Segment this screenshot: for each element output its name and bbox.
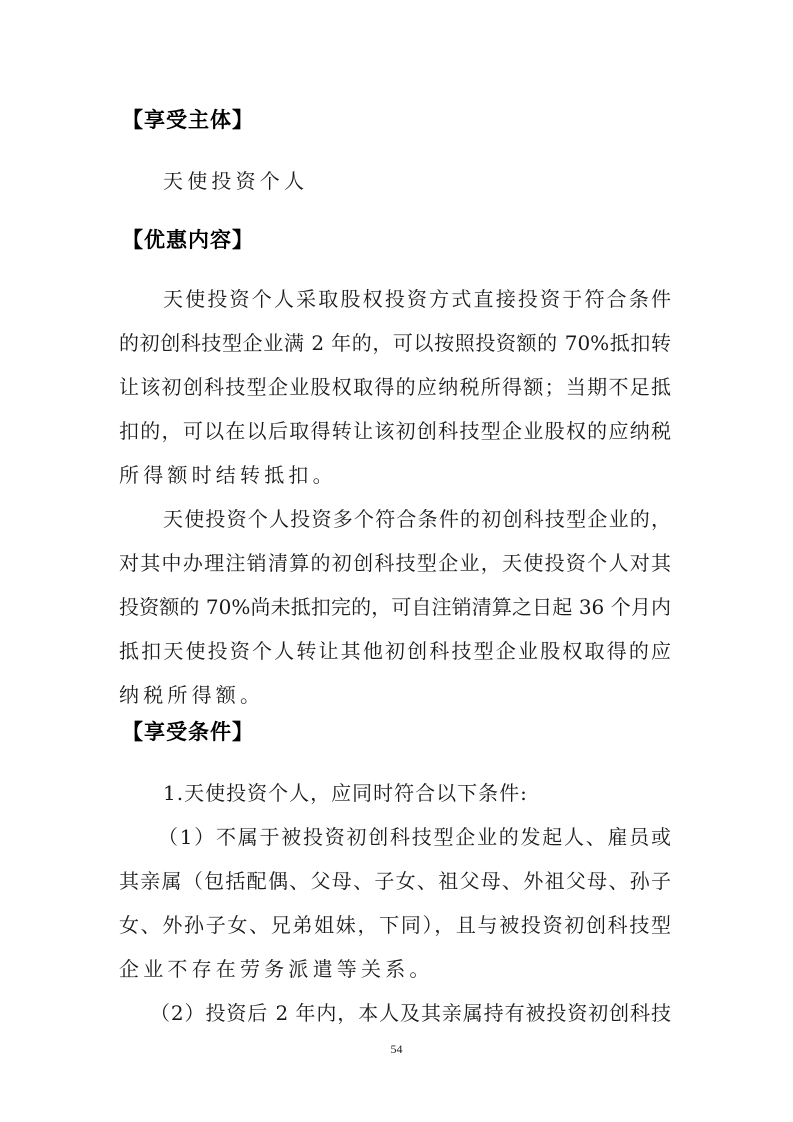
section-heading-content: 【优惠内容】 [122, 224, 254, 254]
paragraph-line: 所得额时结转抵扣。 [119, 459, 671, 488]
paragraph-line: 其亲属（包括配偶、父母、子女、祖父母、外祖父母、孙子 [119, 865, 671, 894]
paragraph-line: 纳税所得额。 [119, 679, 671, 708]
paragraph-line: 抵扣天使投资个人转让其他初创科技型企业股权取得的应 [119, 635, 671, 664]
page-number: 54 [0, 1042, 793, 1057]
paragraph-line: 企业不存在劳务派遣等关系。 [119, 953, 671, 982]
section-heading-subject: 【享受主体】 [122, 104, 254, 134]
paragraph-line: 对其中办理注销清算的初创科技型企业，天使投资个人对其 [119, 547, 671, 576]
paragraph-line: 扣的，可以在以后取得转让该初创科技型企业股权的应纳税 [119, 415, 671, 444]
paragraph-line: 女、外孙子女、兄弟姐妹，下同），且与被投资初创科技型 [119, 909, 671, 938]
section-heading-conditions: 【享受条件】 [122, 716, 254, 746]
paragraph-line: 天使投资个人采取股权投资方式直接投资于符合条件 [163, 283, 671, 312]
paragraph-line: （2）投资后 2 年内，本人及其亲属持有被投资初创科技 [150, 997, 671, 1026]
paragraph-line: （1）不属于被投资初创科技型企业的发起人、雇员或 [158, 821, 671, 850]
paragraph-line: 的初创科技型企业满 2 年的，可以按照投资额的 70%抵扣转 [119, 327, 671, 356]
paragraph-line: 投资额的 70%尚未抵扣完的，可自注销清算之日起 36 个月内 [119, 591, 671, 620]
paragraph-line: 让该初创科技型企业股权取得的应纳税所得额；当期不足抵 [119, 371, 671, 400]
paragraph-line: 1.天使投资个人，应同时符合以下条件: [163, 777, 715, 806]
paragraph-line: 天使投资个人 [163, 165, 715, 194]
paragraph-line: 天使投资个人投资多个符合条件的初创科技型企业的， [163, 503, 671, 532]
